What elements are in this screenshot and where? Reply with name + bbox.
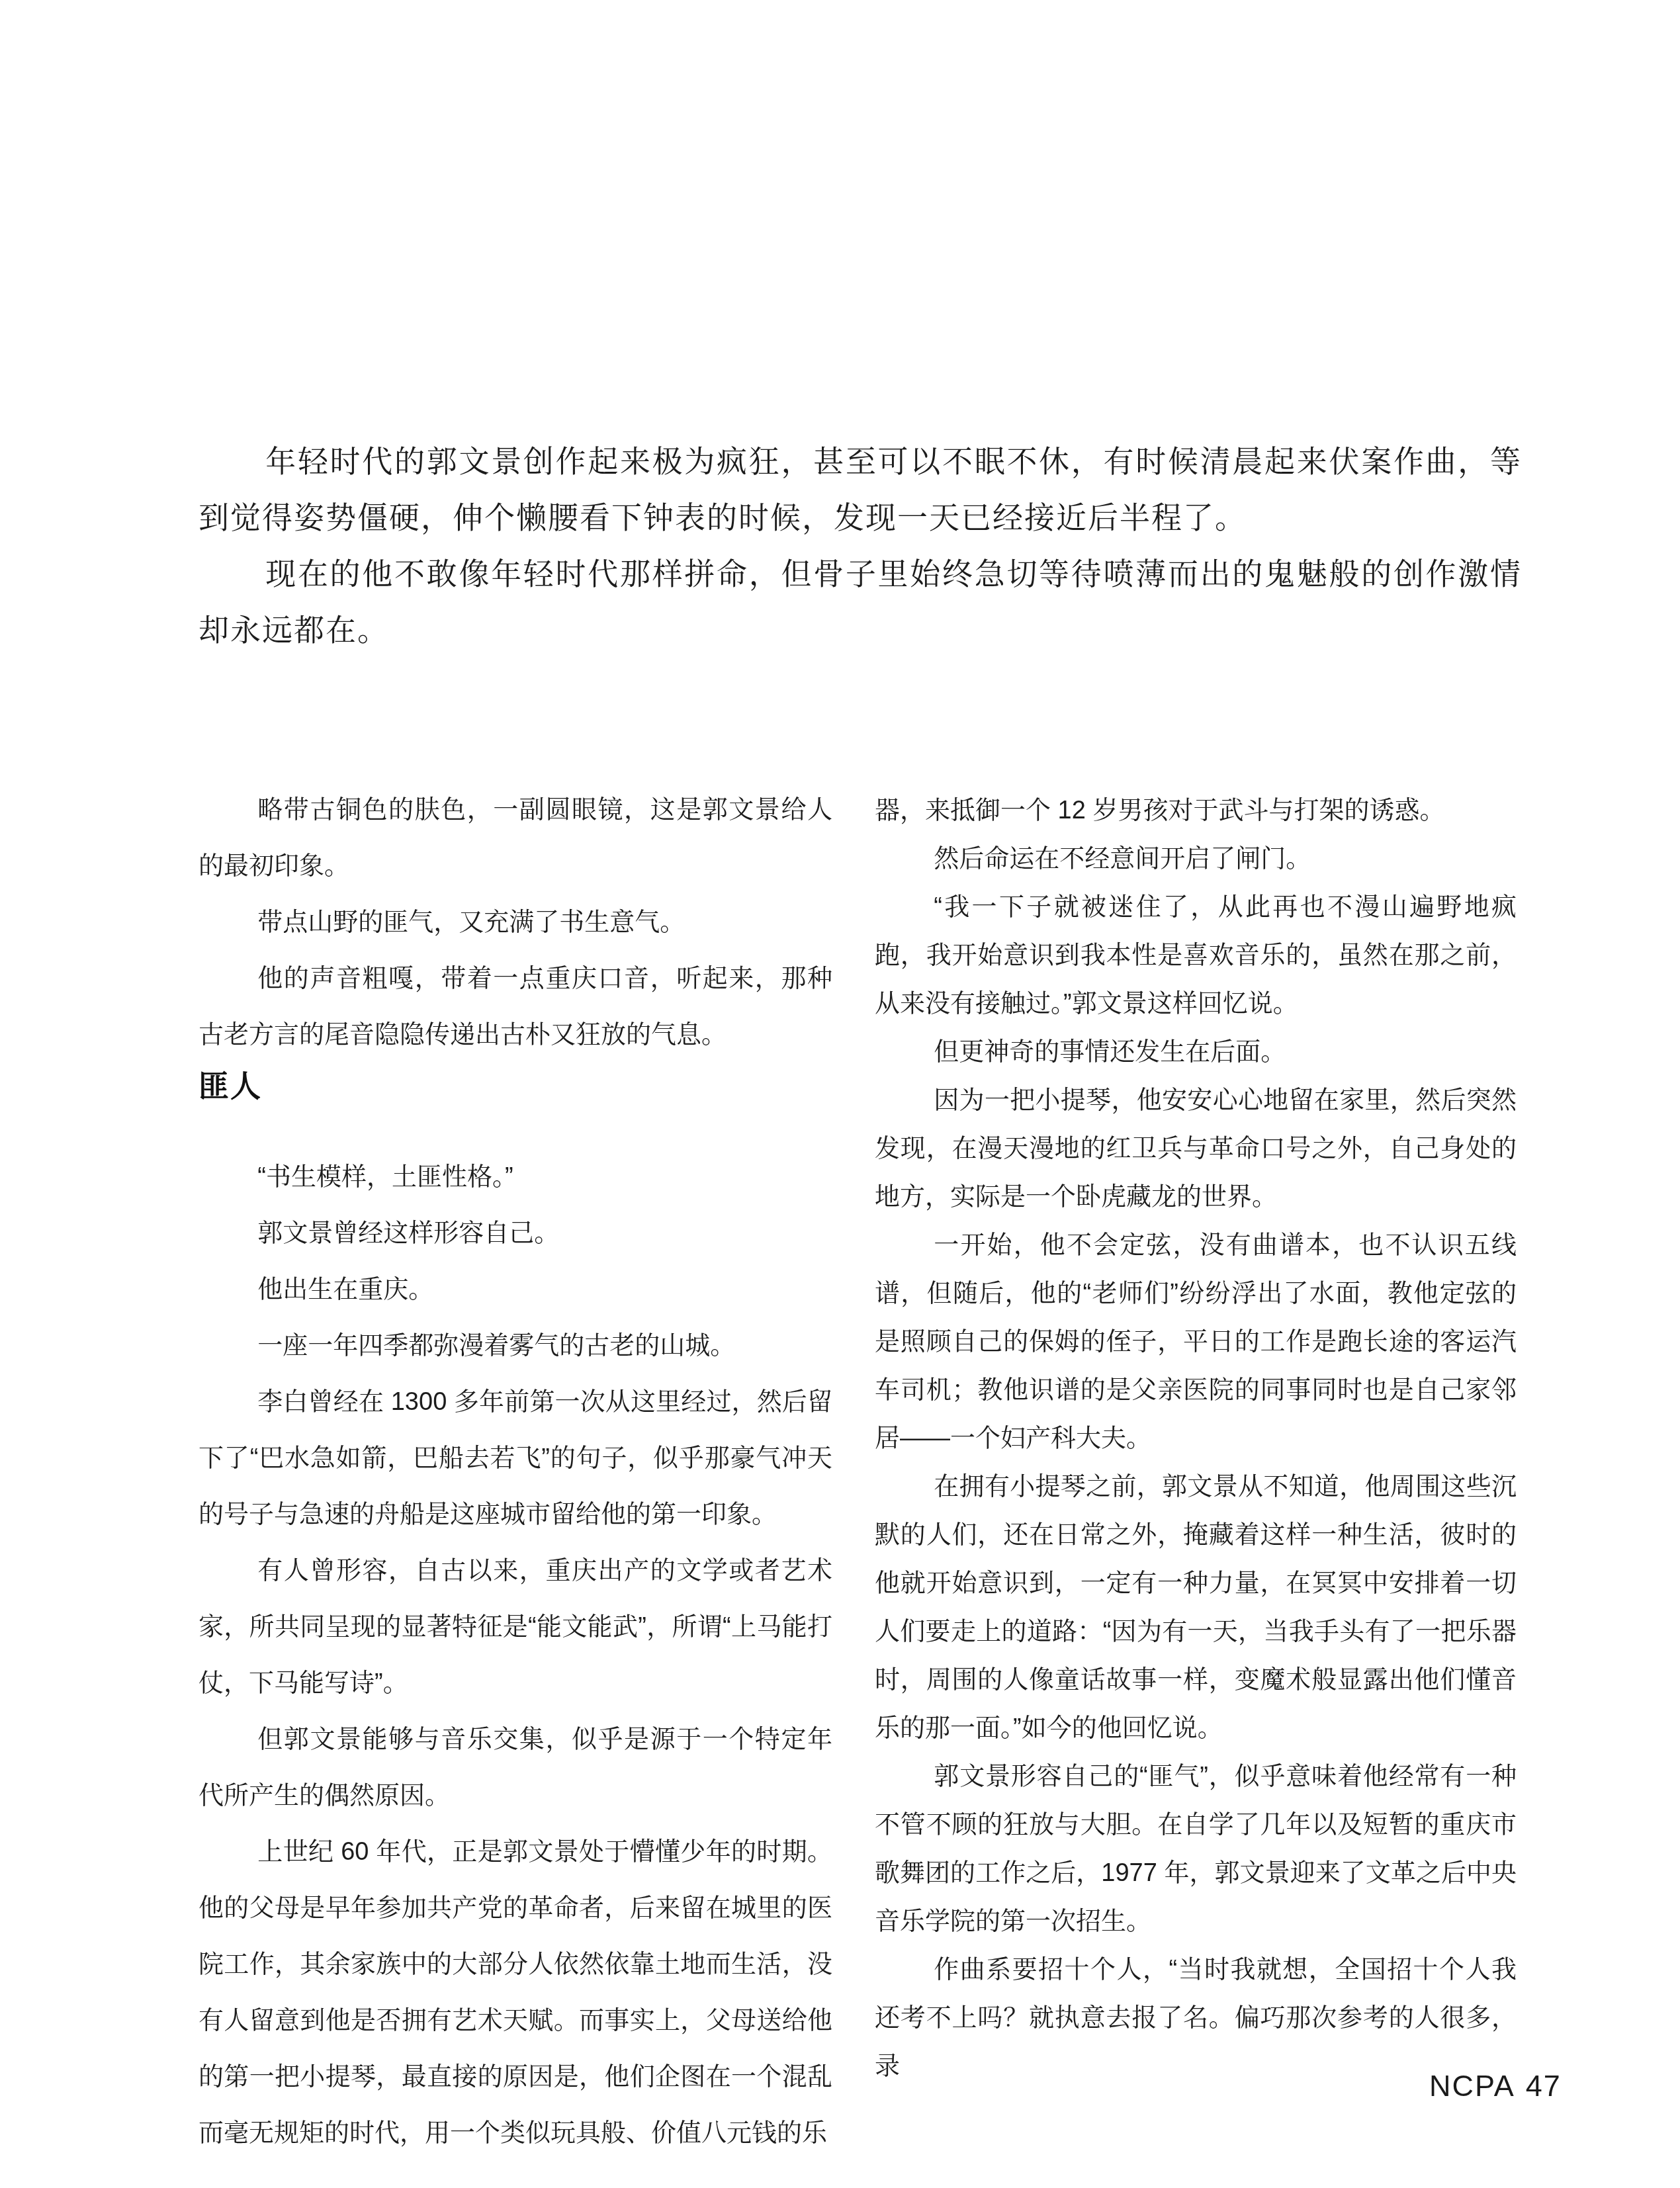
- body-paragraph: 一座一年四季都弥漫着雾气的古老的山城。: [199, 1318, 832, 1374]
- body-paragraph: 作曲系要招十个人，“当时我就想，全国招十个人我还考不上吗？就执意去报了名。偏巧那…: [875, 1946, 1517, 2091]
- body-paragraph: 但郭文景能够与音乐交集，似乎是源于一个特定年代所产生的偶然原因。: [199, 1712, 832, 1824]
- lede-paragraph: 年轻时代的郭文景创作起来极为疯狂，甚至可以不眠不休，有时候清晨起来伏案作曲，等到…: [199, 433, 1522, 546]
- page-footer: NCPA47: [1429, 2071, 1562, 2101]
- body-paragraph: “我一下子就被迷住了，从此再也不漫山遍野地疯跑，我开始意识到我本性是喜欢音乐的，…: [875, 883, 1517, 1028]
- body-paragraph: 郭文景曾经这样形容自己。: [199, 1205, 832, 1262]
- journal-name: NCPA: [1429, 2069, 1515, 2103]
- body-paragraph: 因为一把小提琴，他安安心心地留在家里，然后突然发现，在漫天漫地的红卫兵与革命口号…: [875, 1076, 1517, 1221]
- body-paragraph: 在拥有小提琴之前，郭文景从不知道，他周围这些沉默的人们，还在日常之外，掩藏着这样…: [875, 1463, 1517, 1753]
- body-paragraph: 然后命运在不经意间开启了闸门。: [875, 835, 1517, 883]
- body-paragraph: 一开始，他不会定弦，没有曲谱本，也不认识五线谱，但随后，他的“老师们”纷纷浮出了…: [875, 1221, 1517, 1463]
- body-paragraph: 郭文景形容自己的“匪气”，似乎意味着他经常有一种不管不顾的狂放与大胆。在自学了几…: [875, 1753, 1517, 1946]
- body-paragraph-continuation: 器，来抵御一个 12 岁男孩对于武斗与打架的诱惑。: [875, 787, 1517, 835]
- body-paragraph: “书生模样，土匪性格。”: [199, 1149, 832, 1205]
- left-column: 略带古铜色的肤色，一副圆眼镜，这是郭文景给人的最初印象。 带点山野的匪气，又充满…: [199, 782, 832, 2162]
- body-paragraph: 他的声音粗嘎，带着一点重庆口音，听起来，那种古老方言的尾音隐隐传递出古朴又狂放的…: [199, 951, 832, 1063]
- body-paragraph: 他出生在重庆。: [199, 1262, 832, 1318]
- lede-paragraph: 现在的他不敢像年轻时代那样拼命，但骨子里始终急切等待喷薄而出的鬼魅般的创作激情却…: [199, 546, 1522, 658]
- page-number: 47: [1526, 2069, 1562, 2103]
- body-paragraph: 略带古铜色的肤色，一副圆眼镜，这是郭文景给人的最初印象。: [199, 782, 832, 895]
- magazine-page: 年轻时代的郭文景创作起来极为疯狂，甚至可以不眠不休，有时候清晨起来伏案作曲，等到…: [0, 0, 1680, 2188]
- body-paragraph: 但更神奇的事情还发生在后面。: [875, 1028, 1517, 1076]
- lede-block: 年轻时代的郭文景创作起来极为疯狂，甚至可以不眠不休，有时候清晨起来伏案作曲，等到…: [199, 433, 1522, 658]
- body-paragraph: 带点山野的匪气，又充满了书生意气。: [199, 895, 832, 951]
- right-column: 器，来抵御一个 12 岁男孩对于武斗与打架的诱惑。 然后命运在不经意间开启了闸门…: [875, 787, 1517, 2091]
- section-header: 匪人: [199, 1071, 832, 1101]
- body-paragraph: 李白曾经在 1300 多年前第一次从这里经过，然后留下了“巴水急如箭，巴船去若飞…: [199, 1374, 832, 1543]
- body-paragraph: 有人曾形容，自古以来，重庆出产的文学或者艺术家，所共同呈现的显著特征是“能文能武…: [199, 1543, 832, 1712]
- body-paragraph: 上世纪 60 年代，正是郭文景处于懵懂少年的时期。他的父母是早年参加共产党的革命…: [199, 1824, 832, 2162]
